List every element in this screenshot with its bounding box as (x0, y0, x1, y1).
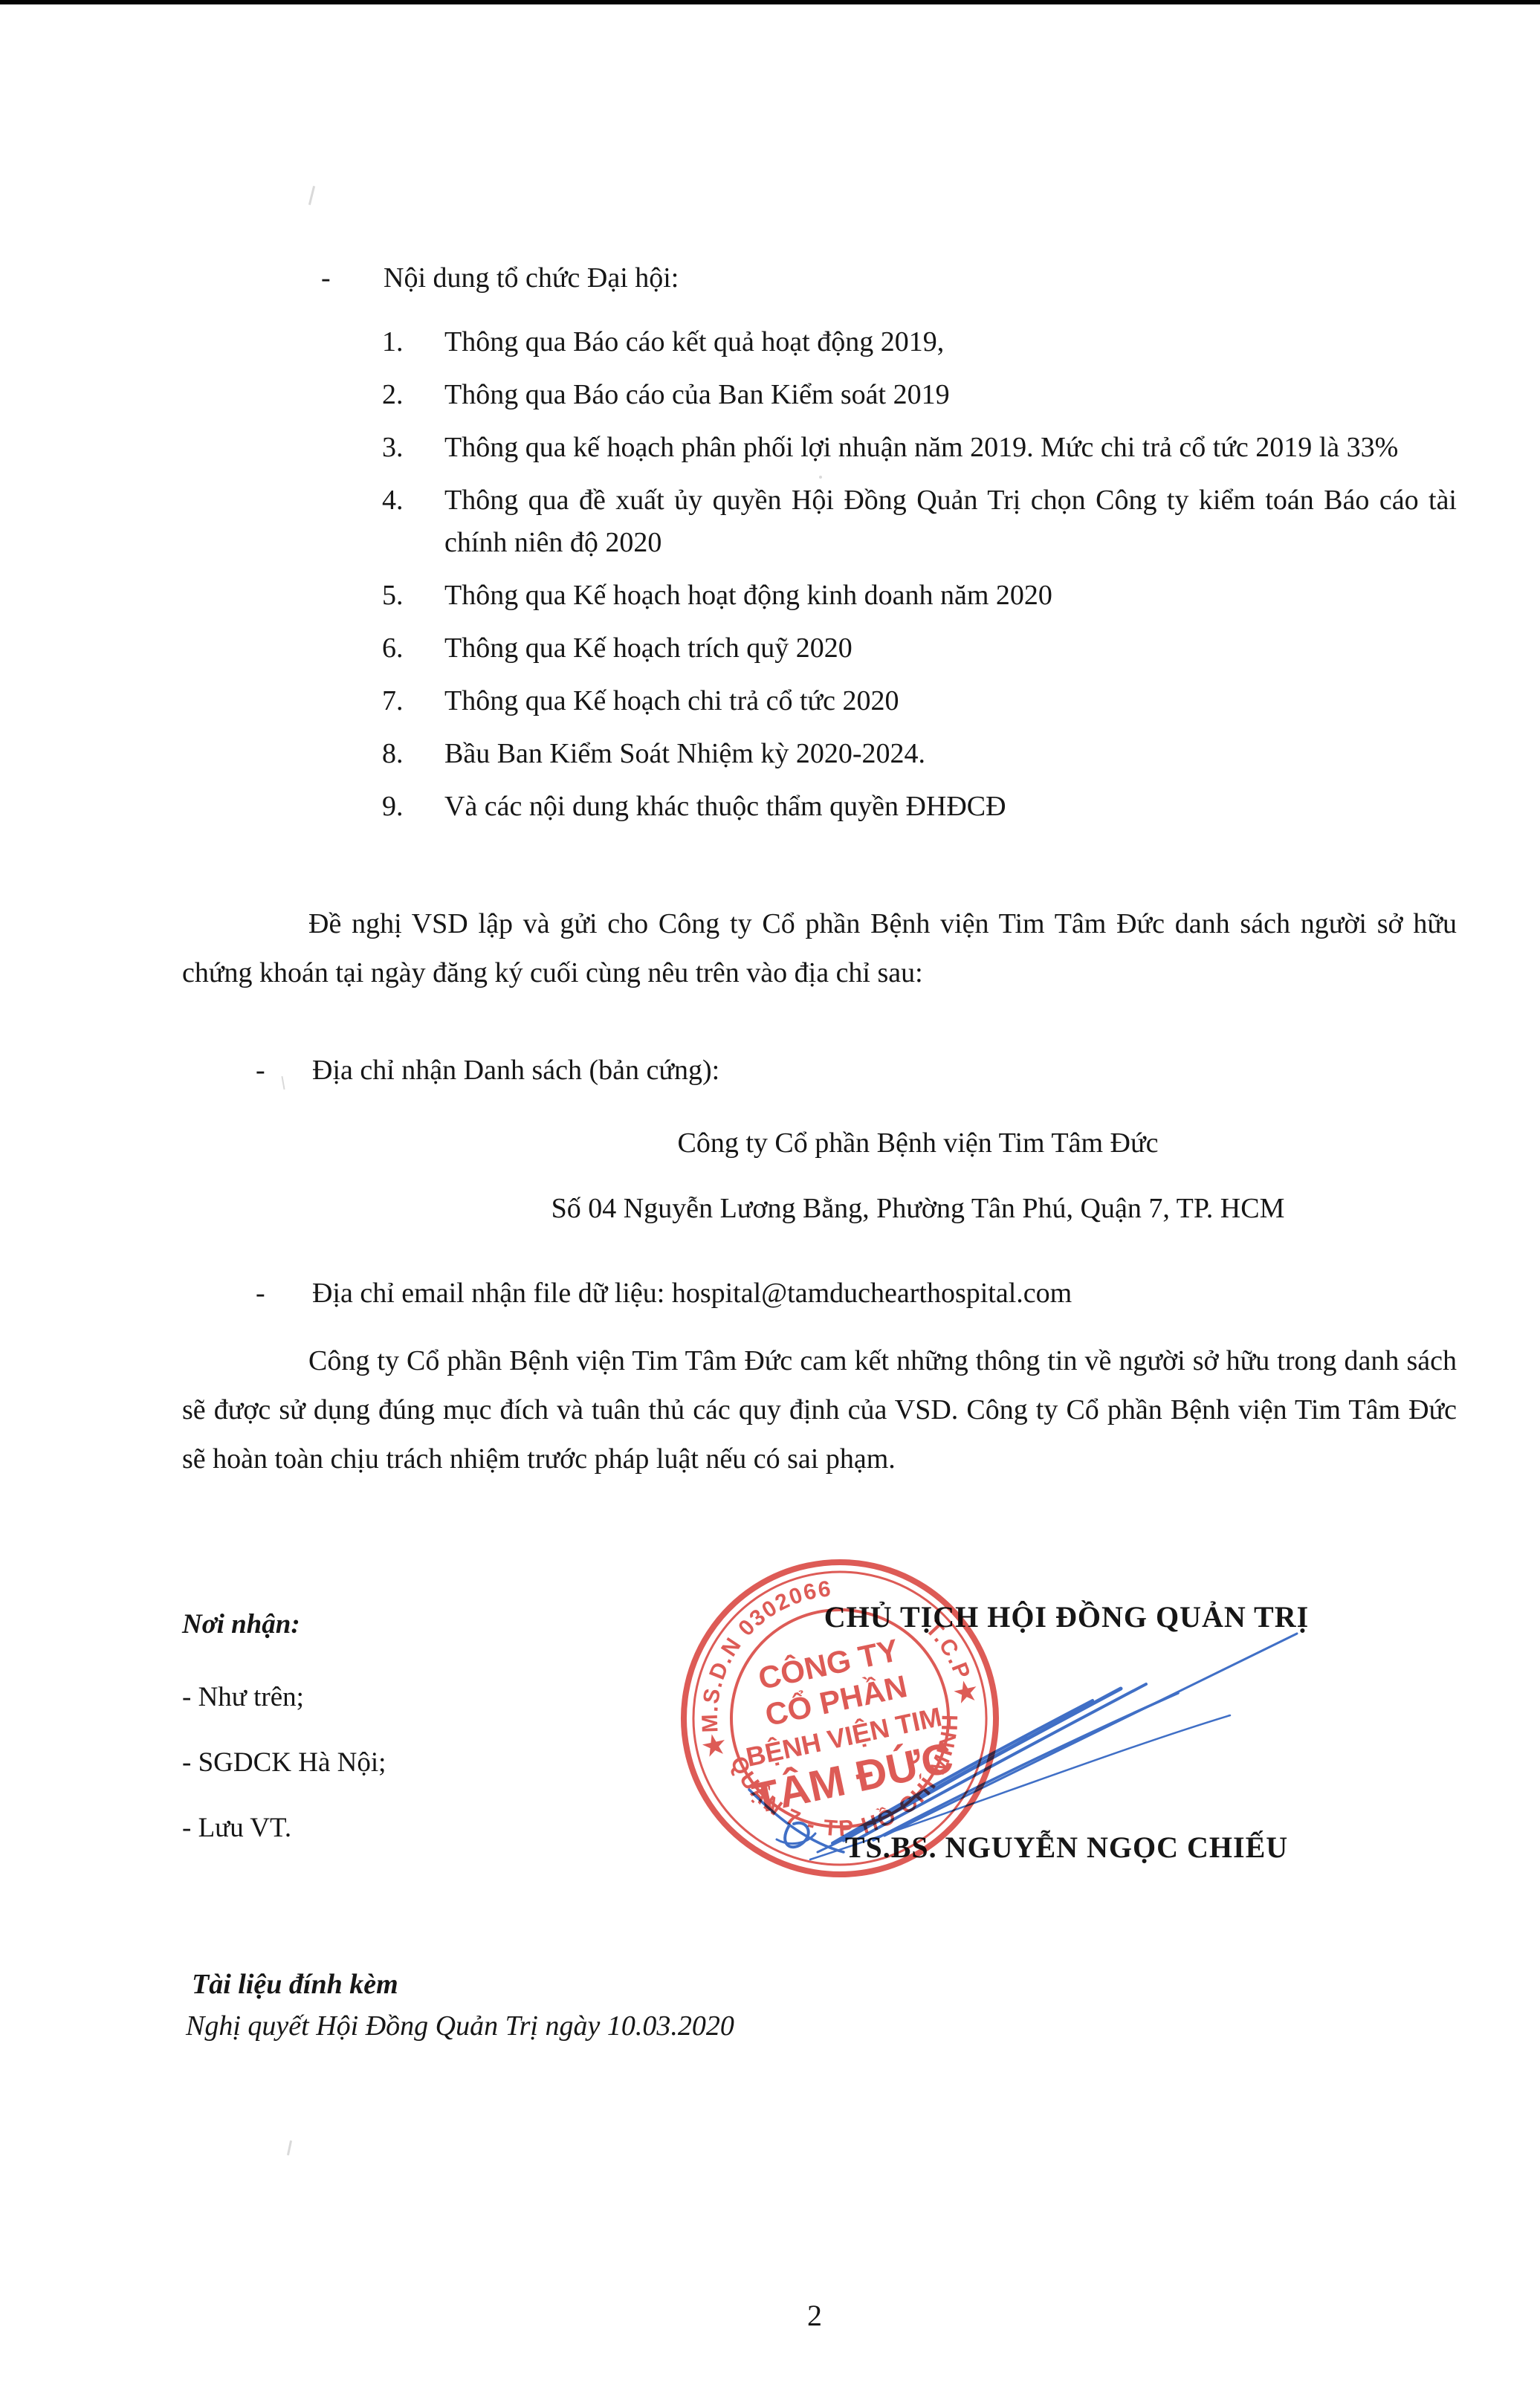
scan-artifact (819, 476, 822, 479)
item-text: Thông qua kế hoạch phân phối lợi nhuận n… (444, 427, 1457, 469)
recipient-item: - SGDCK Hà Nội; (182, 1745, 386, 1781)
item-text: Thông qua Kế hoạch chi trả cổ tức 2020 (444, 680, 1457, 722)
item-text: Thông qua đề xuất ủy quyền Hội Đồng Quản… (444, 479, 1457, 564)
item-text: Và các nội dung khác thuộc thẩm quyền ĐH… (444, 786, 1457, 828)
item-number: 3. (382, 427, 444, 469)
scan-artifact (287, 2140, 292, 2155)
hardcopy-address-label: Địa chỉ nhận Danh sách (bản cứng): (312, 1051, 719, 1090)
item-text: Thông qua Kế hoạch trích quỹ 2020 (444, 627, 1457, 670)
agenda-item: 6. Thông qua Kế hoạch trích quỹ 2020 (382, 627, 1457, 670)
agenda-item: 2. Thông qua Báo cáo của Ban Kiểm soát 2… (382, 374, 1457, 416)
item-number: 6. (382, 627, 444, 670)
email-address-line: - Địa chỉ email nhận file dữ liệu: hospi… (256, 1274, 1072, 1313)
recipients-block: Nơi nhận: - Như trên; - SGDCK Hà Nội; - … (182, 1607, 386, 1876)
recipients-heading: Nơi nhận: (182, 1607, 386, 1643)
agenda-heading-text: Nội dung tổ chức Đại hội: (384, 259, 679, 297)
recipient-item: - Lưu VT. (182, 1810, 386, 1846)
item-number: 2. (382, 374, 444, 416)
recipient-item: - Như trên; (182, 1680, 386, 1715)
item-text: Thông qua Kế hoạch hoạt động kinh doanh … (444, 575, 1457, 617)
agenda-item: 7. Thông qua Kế hoạch chi trả cổ tức 202… (382, 680, 1457, 722)
agenda-item: 5. Thông qua Kế hoạch hoạt động kinh doa… (382, 575, 1457, 617)
agenda-item: 8. Bầu Ban Kiểm Soát Nhiệm kỳ 2020-2024. (382, 733, 1457, 775)
bullet-dash: - (321, 259, 384, 297)
item-number: 7. (382, 680, 444, 722)
page-number: 2 (792, 2298, 837, 2333)
agenda-item: 4. Thông qua đề xuất ủy quyền Hội Đồng Q… (382, 479, 1457, 564)
item-text: Thông qua Báo cáo kết quả hoạt động 2019… (444, 321, 1457, 363)
attachments-heading: Tài liệu đính kèm (192, 1968, 398, 2001)
item-text: Thông qua Báo cáo của Ban Kiểm soát 2019 (444, 374, 1457, 416)
document-page: - Nội dung tổ chức Đại hội: 1. Thông qua… (0, 0, 1540, 2382)
request-paragraph: Đề nghị VSD lập và gửi cho Công ty Cổ ph… (182, 899, 1457, 997)
scan-artifact (308, 186, 315, 205)
item-text: Bầu Ban Kiểm Soát Nhiệm kỳ 2020-2024. (444, 733, 1457, 775)
agenda-item: 1. Thông qua Báo cáo kết quả hoạt động 2… (382, 321, 1457, 363)
email-address-label: Địa chỉ email nhận file dữ liệu: hospita… (312, 1274, 1072, 1313)
agenda-item: 9. Và các nội dung khác thuộc thẩm quyền… (382, 786, 1457, 828)
item-number: 5. (382, 575, 444, 617)
agenda-heading: - Nội dung tổ chức Đại hội: (321, 259, 679, 297)
agenda-item: 3. Thông qua kế hoạch phân phối lợi nhuậ… (382, 427, 1457, 469)
company-name: Công ty Cổ phần Bệnh viện Tim Tâm Đức (379, 1124, 1457, 1162)
commitment-paragraph: Công ty Cổ phần Bệnh viện Tim Tâm Đức ca… (182, 1336, 1457, 1483)
item-number: 9. (382, 786, 444, 828)
item-number: 4. (382, 479, 444, 564)
agenda-list: 1. Thông qua Báo cáo kết quả hoạt động 2… (382, 321, 1457, 838)
company-address: Số 04 Nguyễn Lương Bằng, Phường Tân Phú,… (379, 1189, 1457, 1228)
handwritten-signature (706, 1613, 1316, 1895)
hardcopy-address-line: - Địa chỉ nhận Danh sách (bản cứng): (256, 1051, 719, 1090)
bullet-dash: - (256, 1274, 312, 1313)
item-number: 8. (382, 733, 444, 775)
item-number: 1. (382, 321, 444, 363)
attachments-line: Nghị quyết Hội Đồng Quản Trị ngày 10.03.… (186, 2010, 734, 2042)
scan-edge-line (0, 0, 1540, 4)
